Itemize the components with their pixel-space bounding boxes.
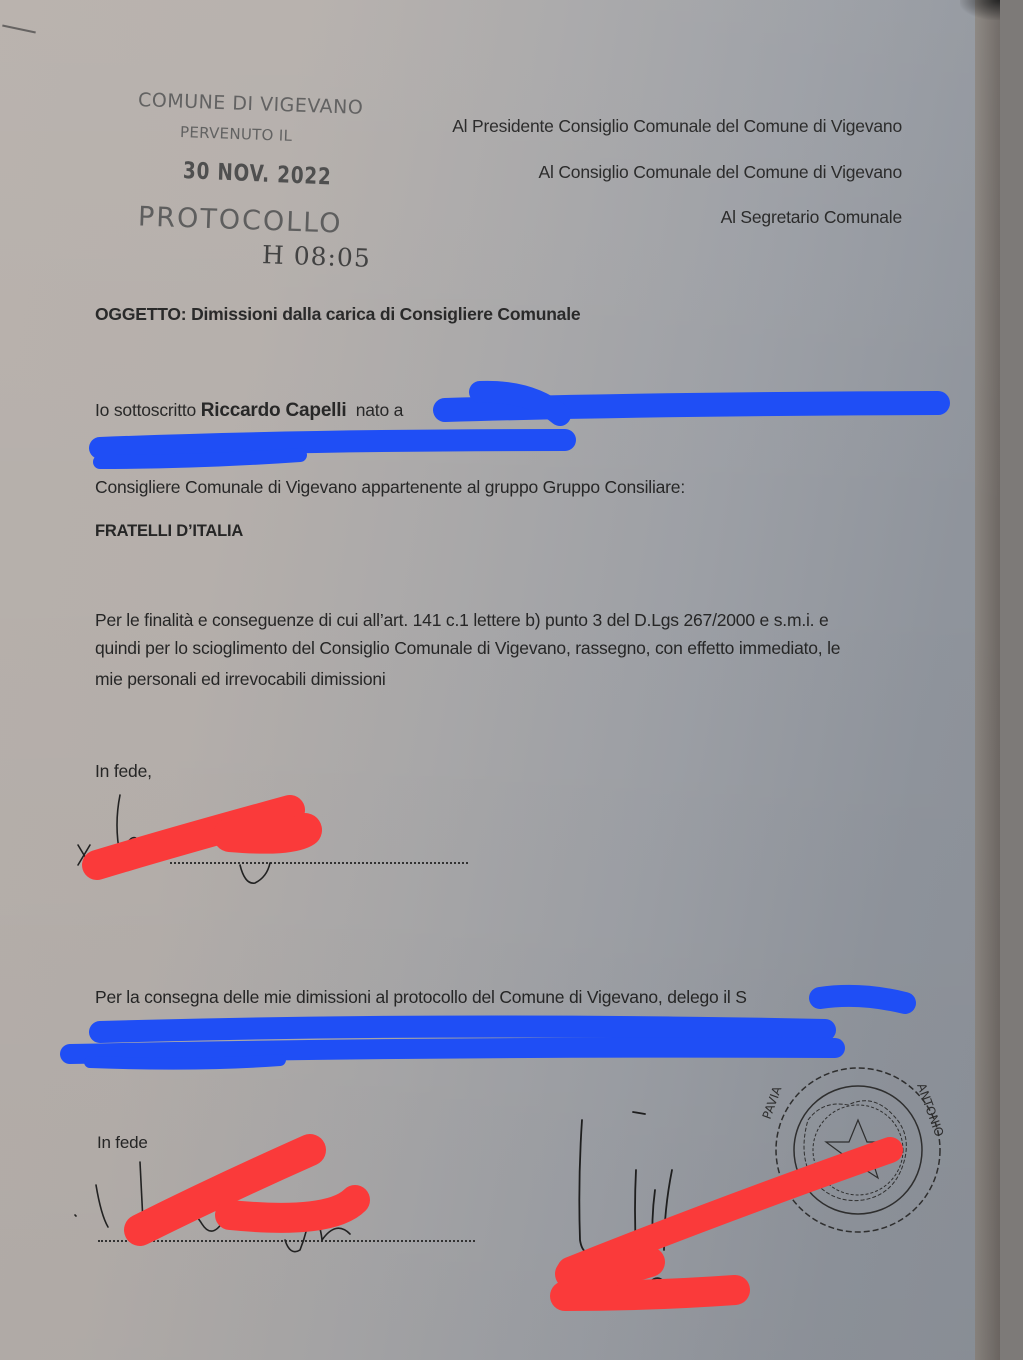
stamp-date: 30 NOV. 2022 — [183, 158, 332, 190]
closing-in-fede-1: In fede, — [95, 761, 152, 782]
corner-shadow — [960, 0, 1000, 20]
page-edge-shadow — [975, 0, 1000, 1360]
stamp-line-comune: COMUNE DI VIGEVANO — [138, 89, 364, 119]
role-line: Consigliere Comunale di Vigevano apparte… — [95, 477, 685, 498]
document-page: COMUNE DI VIGEVANO PERVENUTO IL 30 NOV. … — [0, 0, 1000, 1360]
recipient-president: Al Presidente Consiglio Comunale del Com… — [452, 116, 902, 137]
body-line-3: mie personali ed irrevocabili dimissioni — [95, 669, 386, 690]
declarant-suffix: nato a — [346, 400, 403, 420]
signature-line-1 — [170, 862, 468, 864]
recipient-council: Al Consiglio Comunale del Comune di Vige… — [539, 162, 902, 183]
pen-mark — [2, 24, 36, 33]
stamp-time: H 08:05 — [262, 240, 372, 273]
subject-line: OGGETTO: Dimissioni dalla carica di Cons… — [95, 304, 580, 325]
delegation-line: Per la consegna delle mie dimissioni al … — [95, 987, 747, 1008]
stamp-line-pervenuto: PERVENUTO IL — [180, 123, 293, 145]
closing-in-fede-2: In fede — [97, 1133, 148, 1153]
declarant-name: Riccardo Capelli — [201, 400, 347, 421]
body-line-1: Per le finalità e conseguenze di cui all… — [95, 610, 829, 631]
declarant-prefix: Io sottoscritto — [95, 400, 201, 420]
recipient-secretary: Al Segretario Comunale — [721, 207, 902, 228]
group-name: FRATELLI D’ITALIA — [95, 522, 243, 541]
declarant-line: Io sottoscritto Riccardo Capelli nato a — [95, 400, 403, 422]
body-line-2: quindi per lo scioglimento del Consiglio… — [95, 638, 840, 659]
stamp-protocollo: PROTOCOLLO — [138, 201, 343, 239]
signature-line-2 — [98, 1240, 475, 1242]
